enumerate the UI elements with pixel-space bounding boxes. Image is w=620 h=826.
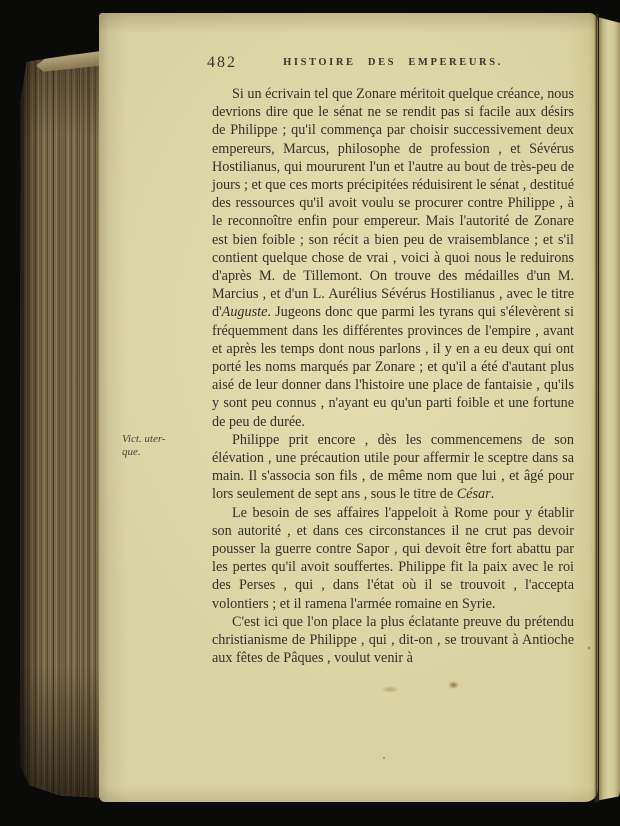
foxing-stain (448, 681, 459, 689)
foxing-stain (383, 757, 385, 759)
foxing-stain (381, 686, 399, 693)
italic-term: Auguste (222, 304, 268, 320)
adjacent-page-edge (599, 15, 620, 801)
foxing-stain (587, 646, 591, 650)
margin-note: Vict. uter-que. (122, 433, 204, 460)
gutter-crease (594, 14, 599, 802)
text-segment: Philippe prit encore , dès les commencem… (212, 432, 574, 503)
text-segment: Si un écrivain tel que Zonare méritoit q… (212, 86, 574, 320)
page-header: 482 HISTOIRE DES EMPEREURS. (212, 53, 574, 73)
paragraph: C'est ici que l'on place la plus éclatan… (212, 613, 574, 668)
running-title: HISTOIRE DES EMPEREURS. (212, 53, 574, 68)
paragraph: Le besoin de ses affaires l'appeloit à R… (212, 504, 574, 613)
text-block: Si un écrivain tel que Zonare méritoit q… (212, 85, 574, 668)
text-segment: . (491, 486, 495, 502)
book-page: 482 HISTOIRE DES EMPEREURS. Si un écriva… (99, 13, 598, 802)
text-segment: . Jugeons donc que parmi les tyrans qui … (212, 304, 574, 429)
book-photo: 482 HISTOIRE DES EMPEREURS. Si un écriva… (0, 0, 620, 826)
paragraph: Si un écrivain tel que Zonare méritoit q… (212, 85, 574, 431)
italic-term: César (457, 486, 491, 502)
margin-note-line: que. (122, 446, 204, 460)
text-segment: C'est ici que l'on place la plus éclatan… (212, 614, 574, 666)
page-number: 482 (207, 54, 237, 72)
margin-note-line: Vict. uter- (122, 433, 204, 447)
text-segment: Le besoin de ses affaires l'appeloit à R… (212, 505, 574, 612)
paragraph: Vict. uter-que.Philippe prit encore , dè… (212, 431, 574, 504)
